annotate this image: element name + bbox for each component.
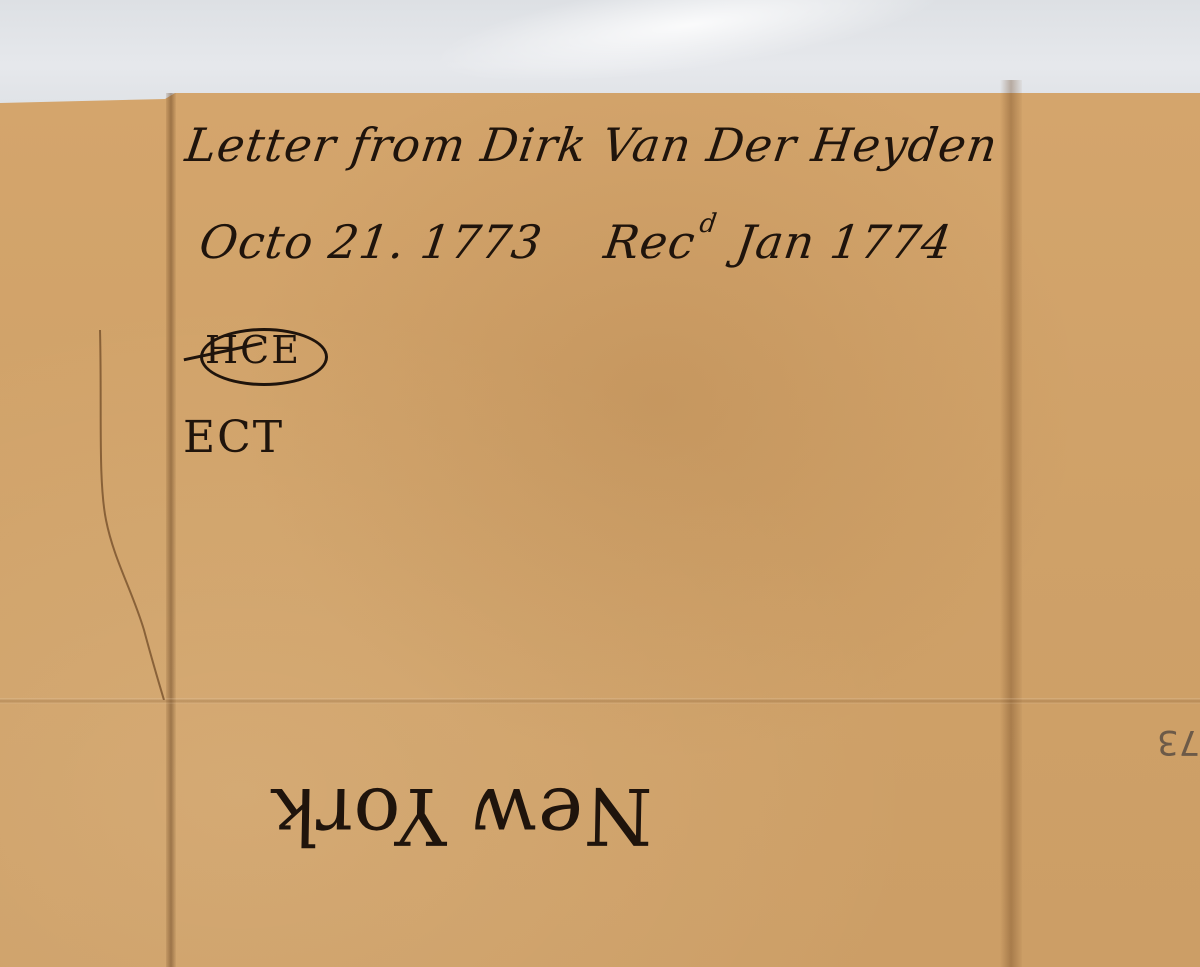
- vertical-fold-right: [1000, 80, 1022, 967]
- received-date: Jan 1774: [733, 215, 956, 269]
- received-prefix: Rec: [601, 215, 699, 269]
- initials-mark: ECT: [183, 412, 284, 463]
- horizontal-fold: [0, 698, 1200, 704]
- pencil-number-inverted: 73: [1157, 722, 1200, 762]
- address-inverted-block: New York: [250, 770, 970, 967]
- docket-line-dates: Octo 21. 1773 Recd Jan 1774: [196, 215, 955, 269]
- received-superscript: d: [698, 209, 720, 239]
- address-inverted-text: New York: [262, 770, 660, 860]
- paper-crease-crack: [92, 330, 172, 700]
- crossed-out-initials: HCE: [205, 328, 301, 372]
- letter-date: Octo 21. 1773: [196, 215, 546, 269]
- docket-line-sender: Letter from Dirk Van Der Heyden: [182, 118, 1001, 172]
- docket-sender-text: Letter from Dirk Van Der Heyden: [182, 118, 1001, 172]
